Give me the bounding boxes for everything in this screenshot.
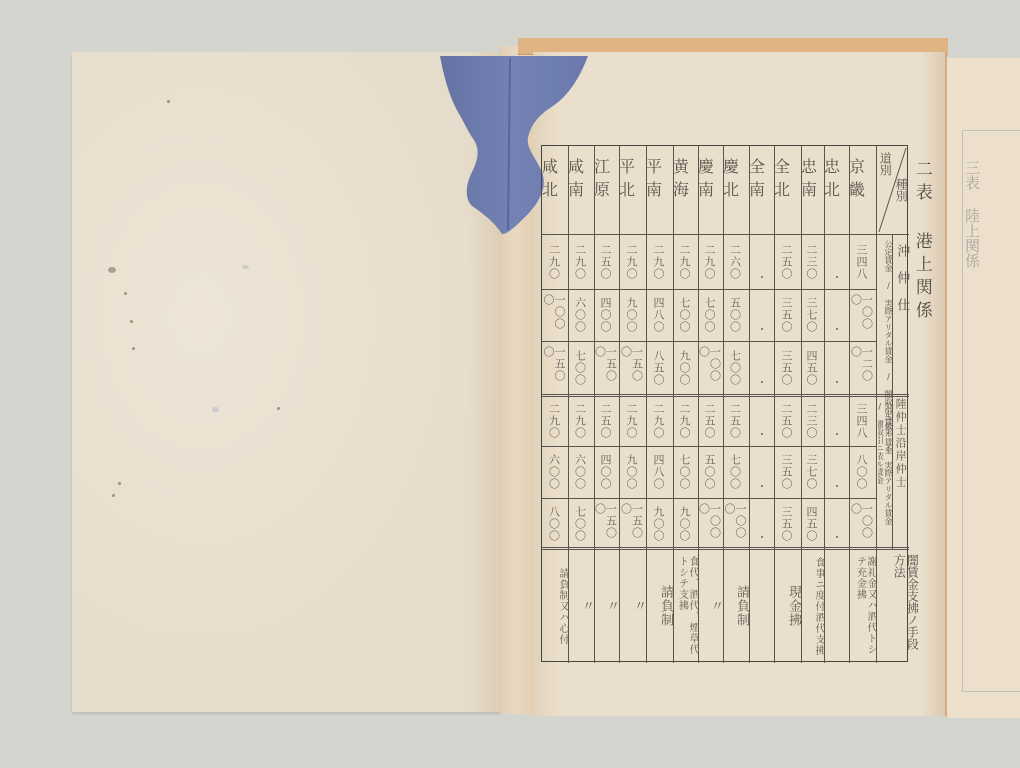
province-header-pyeongbuk: 平北 <box>619 146 646 234</box>
wage-cell: 七〇〇 <box>672 294 697 336</box>
empty-cell-dot <box>761 276 763 278</box>
province-header-hambuk: 咸北 <box>542 146 568 234</box>
wage-cell: 四〇〇 <box>593 451 618 493</box>
wage-cell: 六〇〇 <box>567 451 593 493</box>
wage-cell: 二九〇 <box>672 239 697 284</box>
wage-cell: 三五〇 <box>773 346 800 389</box>
empty-cell-dot <box>761 485 763 487</box>
wage-cell: 九〇〇 <box>645 503 672 544</box>
empty-cell-dot <box>836 433 838 435</box>
wage-cell: 七〇〇 <box>567 346 593 389</box>
province-header-gyeongbuk: 慶北 <box>723 146 749 234</box>
wage-cell: 四五〇 <box>800 346 823 389</box>
wage-cell: 九〇〇 <box>672 503 697 544</box>
category-label-land-coastal-stevedore: 陸仲士沿岸仲士 <box>894 398 906 489</box>
remarks-header: 闇賃金支拂ノ手段方法 <box>892 554 918 661</box>
province-header-chungbuk: 忠北 <box>824 146 849 234</box>
wage-cell: 七〇〇 <box>722 451 748 493</box>
wage-cell: 七〇〇 <box>697 294 722 336</box>
paper-tear <box>108 267 116 273</box>
wage-cell: 一〇〇〇 <box>848 503 875 544</box>
bleed-through-title: 三表 陸上関係 <box>962 160 983 268</box>
wage-cell: 二九〇 <box>672 401 697 441</box>
wage-cell: 一五〇〇 <box>593 503 618 544</box>
wage-cell: 六〇〇 <box>541 451 567 493</box>
wage-cell: 七〇〇 <box>567 503 593 544</box>
province-header-hamnam: 咸南 <box>568 146 594 234</box>
wage-cell: 三四八 <box>848 239 875 284</box>
wage-cell: 二九〇 <box>567 401 593 441</box>
wage-cell: 三五〇 <box>773 294 800 336</box>
wage-cell: 一〇〇〇 <box>722 503 748 544</box>
empty-cell-dot <box>761 536 763 538</box>
remarks-cell: 現金拂 <box>773 556 800 656</box>
province-header-hwanghae: 黄海 <box>673 146 698 234</box>
remarks-cell: 〃 <box>567 556 593 656</box>
wage-cell: 一五〇〇 <box>593 346 618 389</box>
empty-cell-dot <box>836 328 838 330</box>
province-header-jeonnam: 全南 <box>749 146 774 234</box>
wage-cell: 九〇〇 <box>672 346 697 389</box>
province-header-jeonbuk: 全北 <box>774 146 801 234</box>
wage-cell: 二五〇 <box>722 401 748 441</box>
corner-header-province: 道別 <box>878 152 891 176</box>
category-sublabel-2: 公定賃金 / 実際アリタル賃金 / 闇取引ニ依ル賃金 <box>878 402 892 542</box>
paper-spot <box>212 407 219 412</box>
province-header-gangwon: 江原 <box>594 146 619 234</box>
wage-cell: 四五〇 <box>800 503 823 544</box>
wage-cell: 八五〇 <box>645 346 672 389</box>
remarks-cell: 〃 <box>593 556 618 656</box>
wage-cell: 二五〇 <box>773 239 800 284</box>
wage-cell: 一〇〇〇 <box>697 503 722 544</box>
remarks-cell: 〃 <box>618 556 645 656</box>
province-header-pyeongnam: 平南 <box>646 146 673 234</box>
wage-cell: 二九〇 <box>645 401 672 441</box>
wage-cell: 二九〇 <box>618 401 645 441</box>
empty-cell-dot <box>836 485 838 487</box>
empty-cell-dot <box>761 381 763 383</box>
remarks-cell: 食事ニ度付酒代支拂 <box>800 556 823 656</box>
wage-cell: 八〇〇 <box>541 503 567 544</box>
wage-cell: 一二〇〇 <box>848 346 875 389</box>
category-label-offshore-stevedore: 沖仲仕 <box>894 244 908 325</box>
wage-cell: 一〇〇〇 <box>697 346 722 389</box>
wage-cell: 四八〇 <box>645 294 672 336</box>
wage-cell: 二六〇 <box>722 239 748 284</box>
remarks-cell: 請負制 <box>645 556 672 656</box>
wage-cell: 二三〇 <box>800 239 823 284</box>
wage-cell: 七〇〇 <box>722 346 748 389</box>
remarks-cell: 請負制又ハ心付 <box>541 556 567 656</box>
wage-cell: 二九〇 <box>541 239 567 284</box>
wage-cell: 二九〇 <box>618 239 645 284</box>
wage-cell: 一五〇〇 <box>618 503 645 544</box>
wage-cell: 三七〇 <box>800 294 823 336</box>
empty-cell-dot <box>761 433 763 435</box>
wage-cell: 九〇〇 <box>618 451 645 493</box>
wage-cell: 三五〇 <box>773 451 800 493</box>
wage-cell: 七〇〇 <box>672 451 697 493</box>
empty-cell-dot <box>836 381 838 383</box>
wage-cell: 六〇〇 <box>567 294 593 336</box>
wage-cell: 四〇〇 <box>593 294 618 336</box>
wage-cell: 二五〇 <box>593 239 618 284</box>
wage-cell: 三五〇 <box>773 503 800 544</box>
wage-cell: 五〇〇 <box>722 294 748 336</box>
wage-cell: 八〇〇 <box>848 451 875 493</box>
wage-cell: 四八〇 <box>645 451 672 493</box>
wage-cell: 一〇〇〇 <box>541 294 567 336</box>
empty-cell-dot <box>836 276 838 278</box>
wage-cell: 一〇〇〇 <box>848 294 875 336</box>
province-header-gyeongnam: 慶南 <box>698 146 723 234</box>
wage-cell: 二九〇 <box>645 239 672 284</box>
wage-cell: 一五〇〇 <box>618 346 645 389</box>
wage-cell: 三七〇 <box>800 451 823 493</box>
wage-cell: 二五〇 <box>773 401 800 441</box>
wage-cell: 二五〇 <box>697 401 722 441</box>
remarks-cell: 食代、酒代、煙草代トシテ支拂 <box>672 556 697 656</box>
wage-cell: 二九〇 <box>541 401 567 441</box>
wage-cell: 二三〇 <box>800 401 823 441</box>
wage-cell: 一五〇〇 <box>541 346 567 389</box>
empty-cell-dot <box>761 328 763 330</box>
remarks-cell: 〃 <box>697 556 722 656</box>
wage-cell: 三四八 <box>848 401 875 441</box>
wage-cell: 二九〇 <box>567 239 593 284</box>
corner-header-type: 種別 <box>894 178 907 202</box>
wage-cell: 二九〇 <box>697 239 722 284</box>
remarks-cell: 請負制 <box>722 556 748 656</box>
province-header-gyeonggi: 京畿 <box>849 146 876 234</box>
province-header-chungnam: 忠南 <box>801 146 824 234</box>
table-title: 二表 港上関係 <box>912 160 931 324</box>
wage-cell: 二五〇 <box>593 401 618 441</box>
wage-cell: 五〇〇 <box>697 451 722 493</box>
remarks-cell: 謝礼金又ハ酒代トシテ充金拂 <box>848 556 875 656</box>
wage-cell: 九〇〇 <box>618 294 645 336</box>
empty-cell-dot <box>836 536 838 538</box>
